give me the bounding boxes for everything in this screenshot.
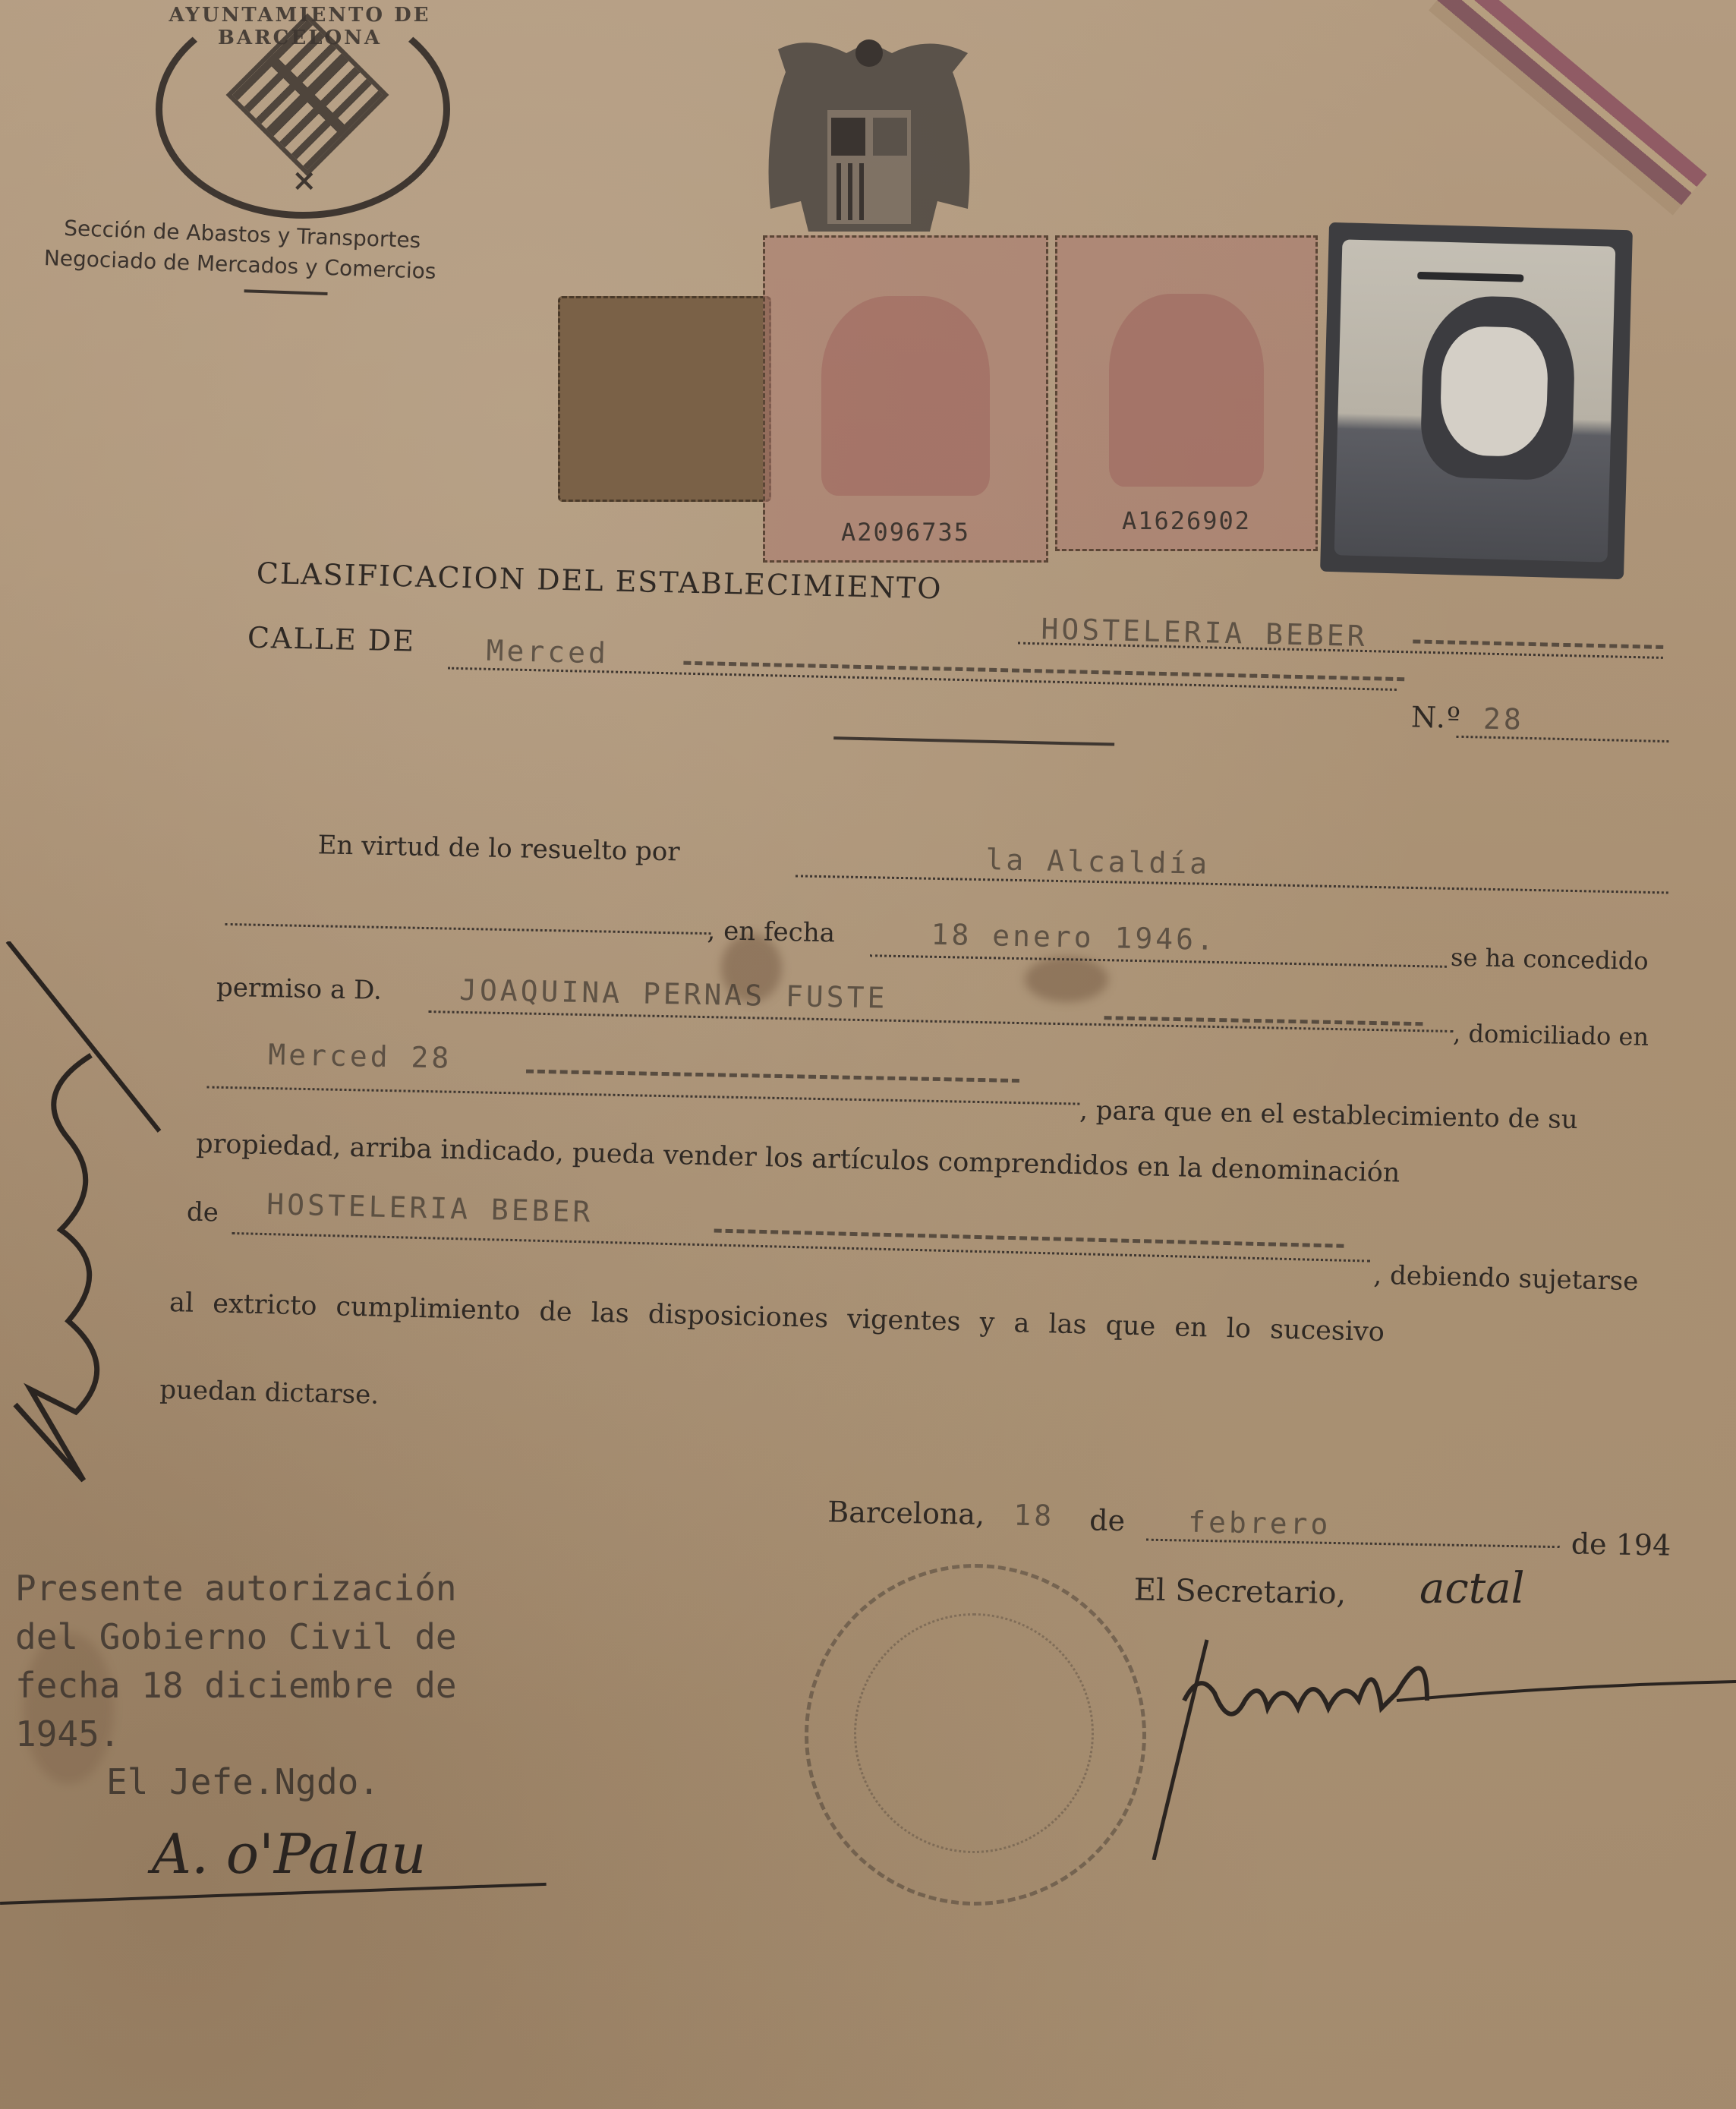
closing-year: de 194 bbox=[1571, 1527, 1671, 1562]
stamp-serial: A2096735 bbox=[765, 518, 1046, 547]
permiso-label: permiso a D. bbox=[216, 973, 383, 1006]
ribbon-band bbox=[1429, 0, 1707, 216]
jefe-signature: A. o'Palau bbox=[152, 1822, 426, 1886]
cumplimiento-line: al extricto cumplimiento de las disposic… bbox=[169, 1288, 1385, 1348]
closing-de-1: de bbox=[1089, 1503, 1126, 1537]
gobierno-civil-note: Presente autorización del Gobierno Civil… bbox=[15, 1564, 457, 1758]
portrait-photo bbox=[1320, 222, 1633, 579]
stamp-figure-icon bbox=[821, 296, 990, 497]
place-label: Barcelona, bbox=[827, 1495, 985, 1531]
note-line-4: 1945. bbox=[15, 1710, 457, 1758]
debiendo-label: , debiendo sujetarse bbox=[1373, 1260, 1639, 1297]
domicilio-value: Merced 28 bbox=[268, 1038, 452, 1075]
section-header: Sección de Abastos y Transportes Negocia… bbox=[43, 213, 437, 287]
note-line-3: fecha 18 diciembre de bbox=[15, 1661, 457, 1710]
closing-day: 18 bbox=[1013, 1499, 1055, 1533]
en-fecha-label: , en fecha bbox=[707, 916, 835, 948]
resuelto-label: En virtud de lo resuelto por bbox=[317, 830, 680, 867]
en-fecha-value: 18 enero 1946. bbox=[931, 918, 1217, 957]
calle-value: Merced bbox=[486, 634, 609, 670]
stamp-figure-icon bbox=[1109, 294, 1264, 487]
calle-label: CALLE DE bbox=[247, 621, 416, 658]
jefe-signature-underline bbox=[0, 1883, 547, 1905]
note-line-1: Presente autorización bbox=[15, 1564, 457, 1612]
propiedad-line: propiedad, arriba indicado, pueda vender… bbox=[196, 1129, 1400, 1189]
fiscal-stamp-1: A2096735 bbox=[763, 235, 1048, 563]
jefe-label: El Jefe.Ngdo. bbox=[106, 1761, 380, 1802]
dictarse-line: puedan dictarse. bbox=[159, 1375, 380, 1411]
document-paper: × AYUNTAMIENTO DE BARCELONA Sección de A… bbox=[0, 0, 1736, 2109]
secretario-signature-icon bbox=[1108, 1609, 1736, 1860]
municipal-ink-seal-icon bbox=[805, 1564, 1146, 1906]
stain bbox=[1025, 957, 1108, 1002]
note-line-2: del Gobierno Civil de bbox=[15, 1612, 457, 1661]
clasificacion-label: CLASIFICACION DEL ESTABLECIMIENTO bbox=[256, 556, 942, 605]
fiscal-stamp-2: A1626902 bbox=[1055, 235, 1318, 551]
domiciliado-label: , domiciliado en bbox=[1453, 1019, 1649, 1051]
margin-signature-icon bbox=[0, 941, 175, 1518]
secretario-annotation: actal bbox=[1419, 1564, 1525, 1613]
seal-text: AYUNTAMIENTO DE BARCELONA bbox=[163, 4, 436, 49]
stamp-serial: A1626902 bbox=[1057, 506, 1315, 535]
permiso-name: JOAQUINA PERNAS FUSTE bbox=[459, 973, 888, 1015]
concedido-label: se ha concedido bbox=[1451, 943, 1649, 976]
portrait-image bbox=[1334, 239, 1616, 562]
para-que-label: , para que en el establecimiento de su bbox=[1079, 1095, 1578, 1136]
closing-month: febrero bbox=[1188, 1505, 1331, 1541]
numero-value: 28 bbox=[1483, 702, 1525, 736]
section-rule bbox=[244, 289, 327, 295]
resuelto-value: la Alcaldía bbox=[985, 843, 1210, 881]
eagle-emblem-icon bbox=[748, 19, 991, 239]
brown-fiscal-stamp bbox=[558, 296, 771, 502]
divider-rule bbox=[833, 736, 1114, 746]
secretario-label: El Secretario, bbox=[1133, 1572, 1346, 1611]
de-label: de bbox=[187, 1196, 219, 1228]
denominacion-value: HOSTELERIA BEBER bbox=[266, 1187, 594, 1228]
numero-label: N.º bbox=[1411, 700, 1463, 735]
